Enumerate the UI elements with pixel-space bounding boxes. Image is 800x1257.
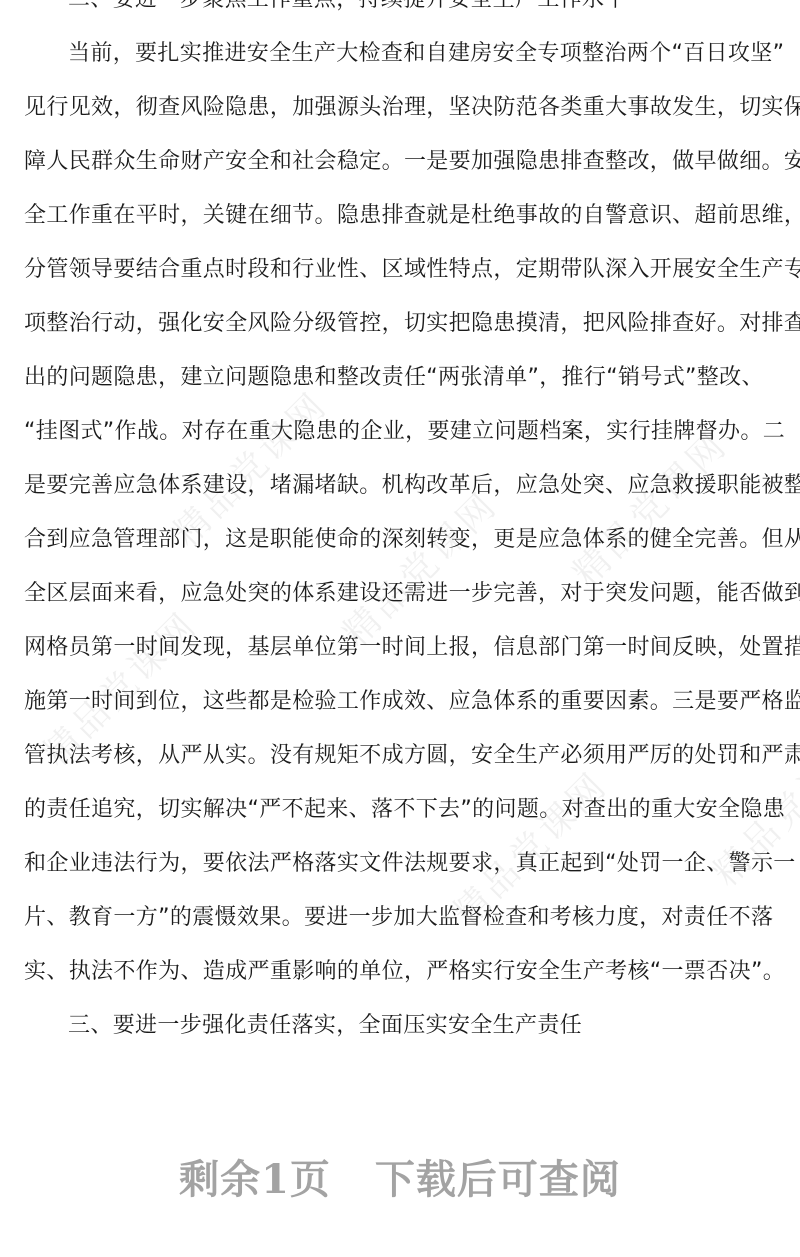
paragraph-line: 项整治行动，强化安全风险分级管控，切实把隐患摸清，把风险排查好。对排查 [24, 311, 784, 337]
document-page: 精品党课网 精品党课网 精品党课网 精品党课网 精品党课网 精品党课网 二、要进… [0, 0, 800, 1257]
paragraph-line: 全区层面来看，应急处突的体系建设还需进一步完善，对于突发问题，能否做到 [24, 581, 784, 607]
section-heading-2: 二、要进一步聚焦工作重点，持续提升安全生产工作水平 [68, 0, 800, 13]
section-heading-3: 三、要进一步强化责任落实，全面压实安全生产责任 [68, 1013, 800, 1039]
paragraph-line: 片、教育一方”的震慑效果。要进一步加大监督检查和考核力度，对责任不落 [24, 905, 784, 931]
watermark-layer: 精品党课网 精品党课网 精品党课网 精品党课网 精品党课网 精品党课网 [0, 0, 800, 1257]
watermark-text: 精品党课网 [330, 479, 507, 656]
paragraph-line: 分管领导要结合重点时段和行业性、区域性特点，定期带队深入开展安全生产专 [24, 257, 784, 283]
paragraph-line: 管执法考核，从严从实。没有规矩不成方圆，安全生产必须用严厉的处罚和严肃 [24, 743, 784, 769]
paragraph-line: 当前，要扎实推进安全生产大检查和自建房安全专项整治两个“百日攻坚” [68, 41, 800, 67]
paragraph-line: “挂图式”作战。对存在重大隐患的企业，要建立问题档案，实行挂牌督办。二 [24, 419, 784, 445]
paragraph-line: 实、执法不作为、造成严重影响的单位，严格实行安全生产考核“一票否决”。 [24, 959, 784, 985]
paragraph-line: 施第一时间到位，这些都是检验工作成效、应急体系的重要因素。三是要严格监 [24, 689, 784, 715]
watermark-text: 精品党课网 [560, 419, 737, 596]
paragraph-line: 是要完善应急体系建设，堵漏堵缺。机构改革后，应急处突、应急救援职能被整 [24, 473, 784, 499]
download-prompt-banner[interactable]: 剩余1页下载后可查阅 [0, 1155, 800, 1205]
download-hint-label: 下载后可查阅 [375, 1156, 621, 1203]
paragraph-line: 网格员第一时间发现，基层单位第一时间上报，信息部门第一时间反映，处置措 [24, 635, 784, 661]
paragraph-line: 的责任追究，切实解决“严不起来、落不下去”的问题。对查出的重大安全隐患 [24, 797, 784, 823]
paragraph-line: 全工作重在平时，关键在细节。隐患排查就是杜绝事故的自警意识、超前思维， [24, 203, 784, 229]
paragraph-line: 障人民群众生命财产安全和社会稳定。一是要加强隐患排查整改，做早做细。安 [24, 149, 784, 175]
paragraph-line: 合到应急管理部门，这是职能使命的深刻转变，更是应急体系的健全完善。但从 [24, 527, 784, 553]
remaining-pages-label: 剩余1页 [179, 1156, 331, 1203]
paragraph-line: 见行见效，彻查风险隐患，加强源头治理，坚决防范各类重大事故发生，切实保 [24, 95, 784, 121]
paragraph-line: 出的问题隐患，建立问题隐患和整改责任“两张清单”，推行“销号式”整改、 [24, 365, 784, 391]
paragraph-line: 和企业违法行为，要依法严格落实文件法规要求，真正起到“处罚一企、警示一 [24, 851, 784, 877]
